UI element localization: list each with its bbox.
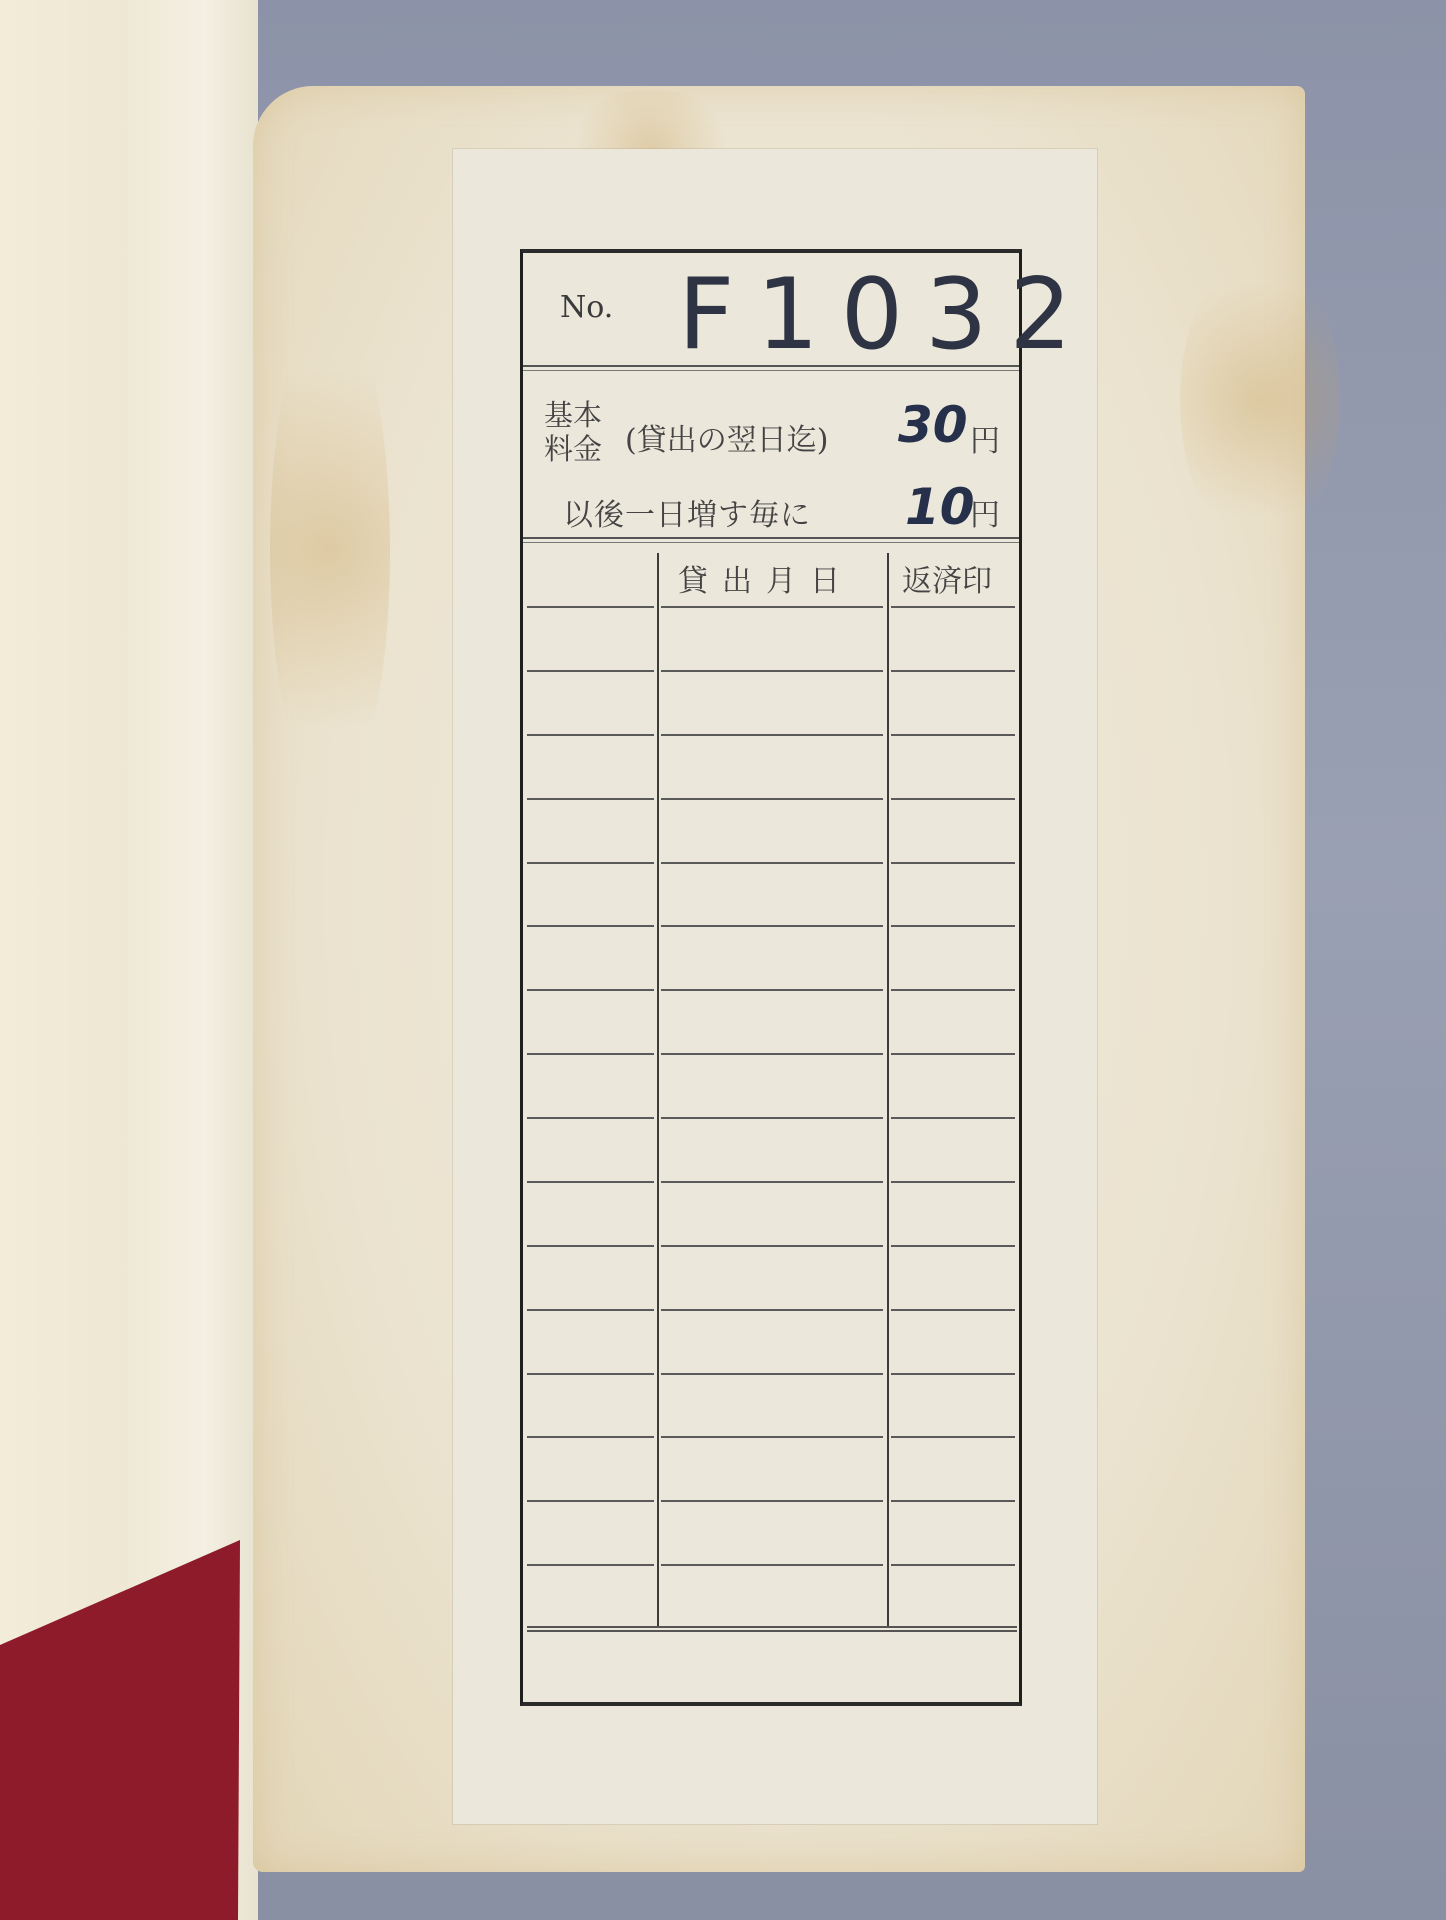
table-row-line [891, 606, 1015, 608]
basic-fee-label-line1: 基本 [544, 398, 614, 432]
basic-fee-label: 基本 料金 [544, 398, 614, 466]
table-row-line [661, 1500, 883, 1502]
table-row-line [527, 1500, 654, 1502]
column-divider-2 [887, 553, 889, 1628]
card-number-label: No. [560, 290, 613, 325]
table-row-line [661, 1117, 883, 1119]
table-row-line [661, 1436, 883, 1438]
table-row-line [891, 989, 1015, 991]
table-row-line [891, 1436, 1015, 1438]
header-divider [523, 365, 1019, 371]
column-header-return-stamp: 返済印 [902, 556, 992, 600]
table-row-line [527, 989, 654, 991]
extra-fee-label: 以後一日増す毎に [563, 490, 811, 534]
table-row-line [527, 1245, 654, 1247]
basic-fee-unit: 円 [970, 416, 1000, 460]
card-number-value: F1032 [678, 258, 1094, 372]
table-row-line [891, 925, 1015, 927]
footer-divider [527, 1626, 1017, 1632]
table-row-line [661, 1373, 883, 1375]
table-row-line [661, 989, 883, 991]
table-row-line [891, 1373, 1015, 1375]
basic-fee-label-line2: 料金 [544, 432, 614, 466]
table-row-line [891, 1309, 1015, 1311]
foxing-stain [270, 300, 390, 800]
table-row-line [661, 606, 883, 608]
column-divider-1 [657, 553, 659, 1628]
table-row-line [891, 1564, 1015, 1566]
table-row-line [527, 1373, 654, 1375]
table-row-line [661, 670, 883, 672]
table-row-line [527, 734, 654, 736]
table-row-line [661, 798, 883, 800]
table-row-line [661, 1309, 883, 1311]
table-row-line [527, 862, 654, 864]
fee-divider [523, 537, 1019, 543]
table-row-line [891, 862, 1015, 864]
basic-fee-amount: 30 [898, 396, 968, 454]
table-row-line [891, 1181, 1015, 1183]
column-header-loan-date: 貸出月日 [678, 556, 854, 600]
table-row-line [527, 606, 654, 608]
table-row-line [891, 1053, 1015, 1055]
table-row-line [661, 925, 883, 927]
table-row-line [661, 1181, 883, 1183]
table-row-line [527, 1309, 654, 1311]
table-row-line [527, 670, 654, 672]
table-row-line [661, 862, 883, 864]
card-frame [520, 249, 1022, 1706]
table-row-line [661, 1245, 883, 1247]
table-row-line [527, 1181, 654, 1183]
table-row-line [527, 798, 654, 800]
table-row-line [661, 1564, 883, 1566]
table-row-line [891, 1117, 1015, 1119]
table-row-line [891, 798, 1015, 800]
table-row-line [527, 1117, 654, 1119]
foxing-stain [1180, 250, 1340, 550]
table-row-line [527, 1564, 654, 1566]
table-row-line [527, 925, 654, 927]
extra-fee-amount: 10 [905, 478, 975, 536]
table-row-line [527, 1053, 654, 1055]
table-row-line [891, 1500, 1015, 1502]
table-row-line [891, 670, 1015, 672]
table-row-line [527, 1436, 654, 1438]
extra-fee-unit: 円 [970, 490, 1000, 534]
table-row-line [891, 734, 1015, 736]
table-row-line [661, 1053, 883, 1055]
table-row-line [661, 734, 883, 736]
basic-fee-condition: (貸出の翌日迄) [625, 415, 828, 459]
table-row-line [891, 1245, 1015, 1247]
